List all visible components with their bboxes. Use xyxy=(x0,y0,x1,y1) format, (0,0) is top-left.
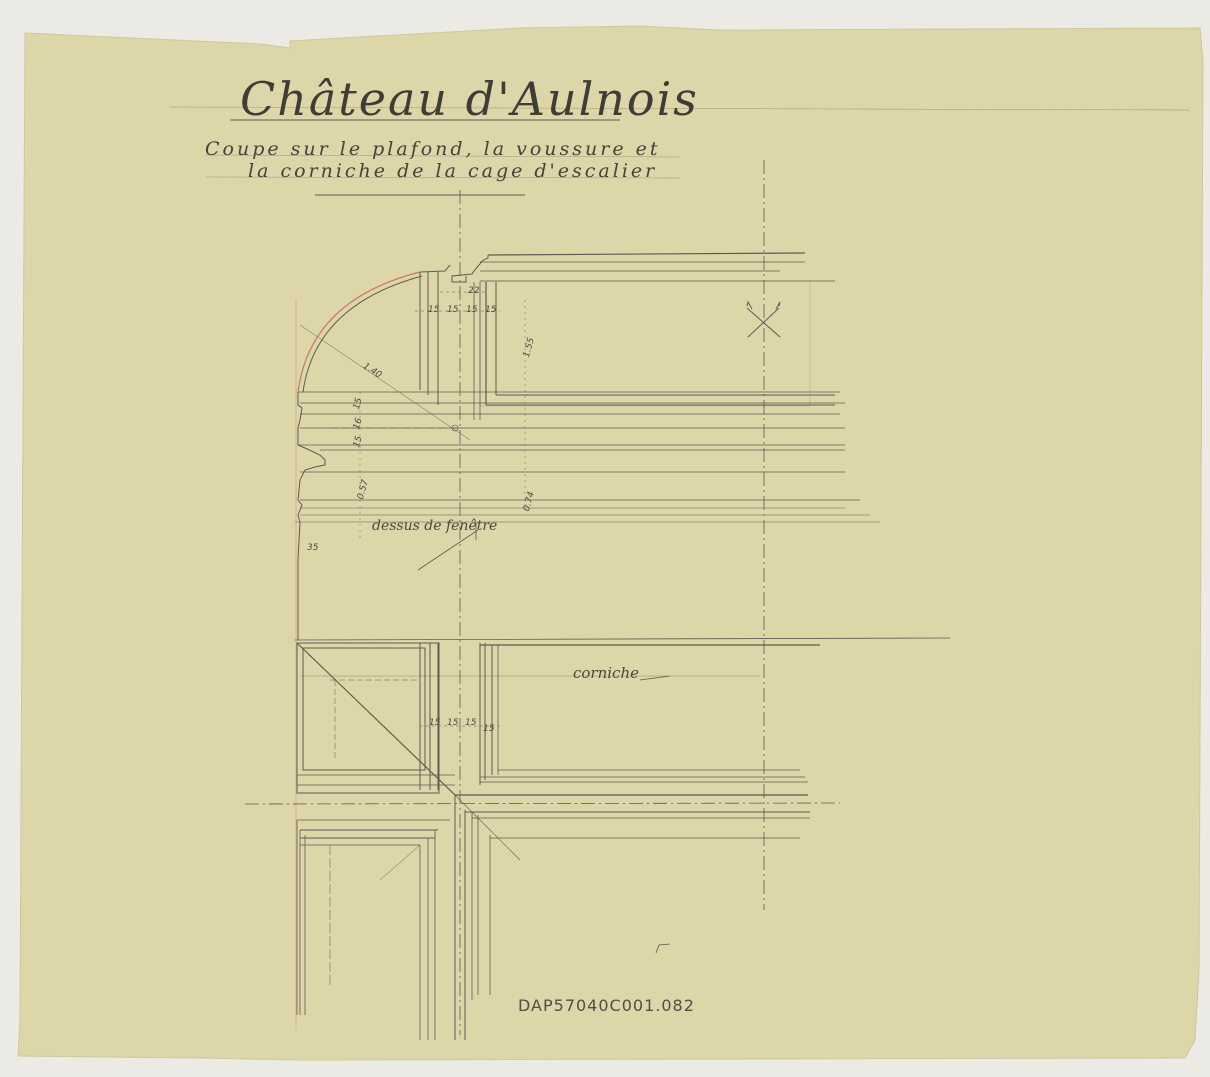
dimension-left-bottom: 35 xyxy=(307,543,318,553)
dimension-top-small: 22 xyxy=(468,286,479,296)
dimension-top-1: 15 xyxy=(428,305,439,315)
dimension-bottom-1: 15 xyxy=(429,718,440,728)
cornice-note: corniche xyxy=(573,664,639,682)
drawing-subtitle-line2: la corniche de la cage d'escalier xyxy=(248,160,657,182)
dimension-bottom-4: 15 xyxy=(483,724,494,734)
dimension-top-2: 15 xyxy=(447,305,458,315)
dimension-top-4: 15 xyxy=(485,305,496,315)
drawing-subtitle-line1: Coupe sur le plafond, la voussure et xyxy=(205,138,660,160)
archive-reference-code: DAP57040C001.082 xyxy=(518,996,695,1015)
dimension-bottom-3: 15 xyxy=(465,718,476,728)
drawing-title: Château d'Aulnois xyxy=(240,72,699,126)
window-note: dessus de fenêtre xyxy=(372,518,497,534)
dimension-top-3: 15 xyxy=(466,305,477,315)
dimension-bottom-2: 15 xyxy=(447,718,458,728)
